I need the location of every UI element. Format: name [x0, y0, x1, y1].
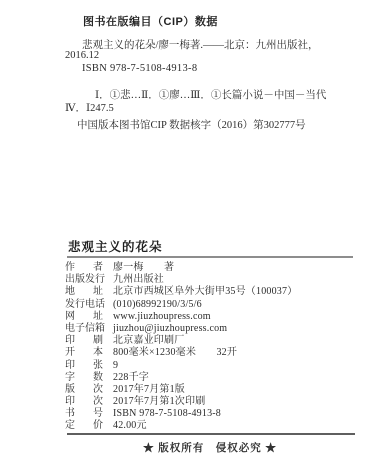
colophon-row-label: 印刷 [65, 335, 103, 347]
colophon-row-value: jiuzhou@jiuzhoupress.com [113, 323, 227, 334]
colophon-row-value: 800毫米×1230毫米 32开 [113, 347, 237, 358]
cip-entry-line: 悲观主义的花朵/廖一梅著.——北京：九州出版社， [82, 37, 319, 52]
cip-classification-line2: Ⅳ．Ⅰ247.5 [65, 100, 114, 115]
colophon-row-label: 网址 [65, 311, 103, 323]
colophon-row-value: 9 [113, 360, 118, 371]
colophon-row: 书号ISBN 978-7-5108-4913-8 [65, 408, 365, 420]
colophon-row: 印刷北京嘉业印刷厂 [65, 335, 365, 347]
colophon-row-value: 2017年7月第1版 [113, 384, 185, 395]
cip-record-number: 中国版本图书馆CIP 数据核字（2016）第302777号 [77, 117, 306, 132]
cip-entry-date: 2016.12 [65, 50, 99, 61]
colophon-row-value: 42.00元 [113, 420, 147, 431]
colophon-row: 网址www.jiuzhoupress.com [65, 311, 365, 323]
colophon-row-label: 发行电话 [65, 299, 103, 311]
colophon-row-value: ISBN 978-7-5108-4913-8 [113, 408, 221, 419]
copyright-page: 图书在版编目（CIP）数据 悲观主义的花朵/廖一梅著.——北京：九州出版社， 2… [0, 0, 375, 469]
colophon-row-label: 印张 [65, 360, 103, 372]
footer-divider-rule [67, 433, 355, 435]
colophon-row-value: 九州出版社 [113, 274, 164, 285]
cip-heading: 图书在版编目（CIP）数据 [83, 13, 218, 29]
colophon-row-label: 版次 [65, 384, 103, 396]
colophon-row-value: www.jiuzhoupress.com [113, 311, 211, 322]
colophon-row-label: 字数 [65, 372, 103, 384]
colophon-row-value: 北京市西城区阜外大街甲35号（100037） [113, 286, 297, 297]
colophon-row-value: 北京嘉业印刷厂 [113, 335, 184, 346]
colophon-row-label: 作者 [65, 262, 103, 274]
colophon-row-label: 地址 [65, 286, 103, 298]
cip-classification-line1: Ⅰ．①悲…Ⅱ．①廖…Ⅲ．①长篇小说－中国－当代 [95, 87, 326, 102]
colophon-row: 定价42.00元 [65, 420, 365, 432]
colophon-row: 版次2017年7月第1版 [65, 384, 365, 396]
colophon-row: 电子信箱jiuzhou@jiuzhoupress.com [65, 323, 365, 335]
colophon-row-label: 书号 [65, 408, 103, 420]
colophon-row: 印张9 [65, 360, 365, 372]
colophon-row: 出版发行九州出版社 [65, 274, 365, 286]
copyright-notice: ★ 版权所有 侵权必究 ★ [65, 440, 355, 455]
cip-isbn-line: ISBN 978-7-5108-4913-8 [82, 63, 197, 74]
colophon-row-label: 印次 [65, 396, 103, 408]
colophon-row-label: 出版发行 [65, 274, 103, 286]
colophon-row: 印次2017年7月第1次印刷 [65, 396, 365, 408]
book-title: 悲观主义的花朵 [68, 237, 163, 255]
title-divider-rule [67, 256, 353, 258]
colophon-row-label: 电子信箱 [65, 323, 103, 335]
colophon-row-value: 2017年7月第1次印刷 [113, 396, 205, 407]
colophon-row-label: 开本 [65, 347, 103, 359]
colophon-row: 开本800毫米×1230毫米 32开 [65, 347, 365, 359]
colophon-row: 地址北京市西城区阜外大街甲35号（100037） [65, 286, 365, 298]
colophon-row-value: (010)68992190/3/5/6 [113, 299, 202, 310]
colophon-row: 发行电话(010)68992190/3/5/6 [65, 299, 365, 311]
colophon-row-label: 定价 [65, 420, 103, 432]
colophon-row: 作者廖一梅 著 [65, 262, 365, 274]
colophon-row: 字数228千字 [65, 372, 365, 384]
colophon-row-value: 228千字 [113, 372, 149, 383]
colophon-row-value: 廖一梅 著 [113, 262, 174, 273]
colophon-rows: 作者廖一梅 著出版发行九州出版社地址北京市西城区阜外大街甲35号（100037）… [65, 262, 365, 433]
